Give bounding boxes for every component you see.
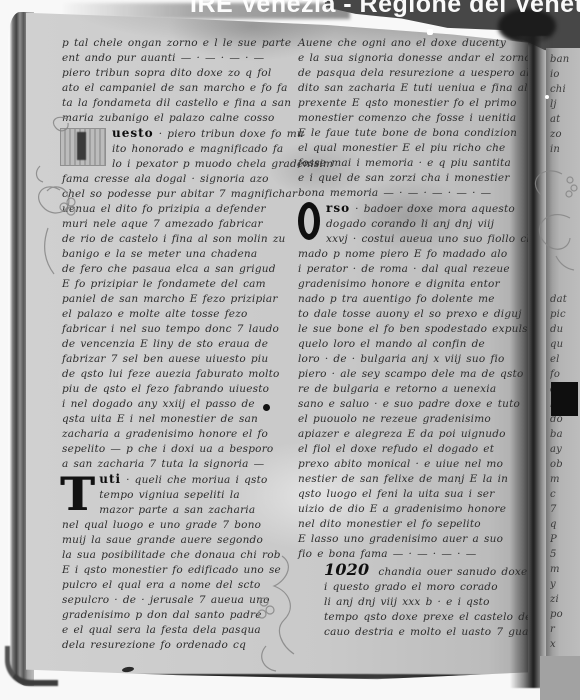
- manuscript-line: p tal chele ongan zorno e l le sue parte: [62, 36, 296, 51]
- manuscript-line: m: [550, 472, 580, 487]
- manuscript-line: nado p tra auentigo fo dolente me: [298, 292, 526, 307]
- manuscript-line: pic: [550, 307, 580, 322]
- manuscript-line: E fo prizipiar le fondamete del cam: [62, 277, 296, 292]
- manuscript-line: qsta uita E i nel monestier de san: [62, 412, 296, 427]
- manuscript-line: m: [550, 562, 580, 577]
- manuscript-line: re de bulgaria e retorno a uenexia: [298, 382, 526, 397]
- manuscript-line: i questo grado el moro corado: [324, 580, 526, 595]
- manuscript-line: nestier de san felixe de manj E la in: [298, 472, 526, 487]
- manuscript-line: ban: [550, 52, 580, 67]
- manuscript-line: fabricar i nel suo tempo donc 7 laudo: [62, 322, 296, 337]
- manuscript-line: paniel de san marcho E fezo prizipiar: [62, 292, 296, 307]
- manuscript-line: e la sua signoria donesse andar el zorno: [298, 51, 526, 66]
- manuscript-line: r: [550, 622, 580, 637]
- manuscript-line: fama cresse ala dogal · signoria azo: [62, 172, 296, 187]
- manuscript-line: de fero che pasaua elca a san grigud: [62, 262, 296, 277]
- manuscript-line: q: [550, 517, 580, 532]
- manuscript-line: zi: [550, 592, 580, 607]
- right-text-column: Auene che ogni ano el doxe ducentye la s…: [298, 36, 526, 640]
- manuscript-line: E lasso uno gradenisimo auer a suo: [298, 532, 526, 547]
- manuscript-line: fo: [550, 367, 580, 382]
- questo-lines: ito honorado e magnificado falo i pexato…: [62, 142, 296, 472]
- dust-speck: [427, 29, 433, 35]
- manuscript-line: piu de qsto el fezo fabrando uiuesto: [62, 382, 296, 397]
- manuscript-line: i nel dogado any xxiij el passo de: [62, 397, 296, 412]
- manuscript-line: fabrizar 7 sel ben auese uiuesto piu: [62, 352, 296, 367]
- manuscript-line: el fiol el doxe refudo el dogado et: [298, 442, 526, 457]
- manuscript-line: piero · ale sey scampo dele ma de qsto: [298, 367, 526, 382]
- manuscript-line: apiazer e alegreza E da poi uignudo: [298, 427, 526, 442]
- manuscript-line: at: [550, 112, 580, 127]
- dust-speck: [545, 95, 549, 99]
- manuscript-line: lo i pexator p muodo chela gradenisim: [62, 157, 296, 172]
- manuscript-line: po: [550, 607, 580, 622]
- facing-page-text-fragments: baniochiljatzoin datpicduquelfoduljdobaa…: [550, 52, 580, 652]
- manuscript-line: 5: [550, 547, 580, 562]
- page-edge-mark: [122, 666, 135, 673]
- manuscript-line: qu: [550, 337, 580, 352]
- manuscript-line: io: [550, 67, 580, 82]
- manuscript-line: ato el campaniel de san marcho e fo fa: [62, 81, 296, 96]
- year-1020-lines: i questo grado el moro coradoli anj dnj …: [324, 580, 526, 640]
- manuscript-line: fosse mai i memoria · e q piu santita: [298, 156, 526, 171]
- pencil-flourish-facing-page: [516, 156, 580, 278]
- manuscript-line: monestier comenzo che fosse i uenitia: [298, 111, 526, 126]
- manuscript-line: prexo abito monical · e uiue nel mo: [298, 457, 526, 472]
- manuscript-line: P: [550, 532, 580, 547]
- manuscript-line: sepelito — p che i doxi ua a besporo: [62, 442, 296, 457]
- manuscript-line: uenua el dito fo prizipia a defender: [62, 202, 296, 217]
- manuscript-line: i perator · de roma · dal qual rezeue: [298, 262, 526, 277]
- facing-page-initial-block: [551, 382, 578, 416]
- manuscript-line: el qual monestier E el piu richo che: [298, 141, 526, 156]
- book-gutter-shadow: [510, 36, 552, 688]
- manuscript-line: nel qual luogo e uno grade 7 bono: [62, 518, 296, 533]
- manuscript-line: Auene che ogni ano el doxe ducenty: [298, 36, 526, 51]
- manuscript-line: muij la saue grande auere segondo: [62, 533, 296, 548]
- manuscript-line: el puouolo ne rezeue gradenisimo: [298, 412, 526, 427]
- manuscript-line: ba: [550, 427, 580, 442]
- watermark-text: IRE Venezia - Regione del Veneto: [190, 0, 580, 19]
- manuscript-line: sano e saluo · e suo padre doxe e tuto: [298, 397, 526, 412]
- margin-bullet: •: [263, 404, 270, 411]
- manuscript-line: zacharia a gradenisimo honore el fo: [62, 427, 296, 442]
- manuscript-line: cauo destria e molto el uasto 7 gua: [324, 625, 526, 640]
- manuscript-line: le sue bone el fo ben spodestado expulso: [298, 322, 526, 337]
- manuscript-line: chel so podesse pur abitar 7 magnifichar: [62, 187, 296, 202]
- line-text: chandia ouer sanudo doxe: [373, 566, 527, 578]
- manuscript-line: quelo loro el mando al confin de: [298, 337, 526, 352]
- textura-word: uti: [99, 472, 121, 486]
- manuscript-line: muri nele aque 7 amezado fabricar: [62, 217, 296, 232]
- manuscript-line: prexente E qsto monestier fo el primo: [298, 96, 526, 111]
- manuscript-line: mazor parte a san zacharia: [62, 503, 296, 518]
- manuscript-line: de qsto lui feze auezia faburato molto: [62, 367, 296, 382]
- manuscript-line: e i quel de san zorzi cha i monestier: [298, 171, 526, 186]
- manuscript-line: qsto luogo el feni la uita sua i ser: [298, 487, 526, 502]
- manuscript-line: du: [550, 322, 580, 337]
- manuscript-line: de rio de castelo i fina al son molin zu: [62, 232, 296, 247]
- manuscript-line: chi: [550, 82, 580, 97]
- left-opening-paragraph: p tal chele ongan zorno e l le sue parte…: [62, 36, 296, 126]
- manuscript-line: de pasqua dela resurezione a uespero al: [298, 66, 526, 81]
- manuscript-line: de vencenzia E liny de sto eraua de: [62, 337, 296, 352]
- manuscript-line: ito honorado e magnificado fa: [62, 142, 296, 157]
- manuscript-line: tempo vigniua sepeliti la: [62, 488, 296, 503]
- manuscript-line: [550, 277, 580, 292]
- right-opening-paragraph: Auene che ogni ano el doxe ducentye la s…: [298, 36, 526, 201]
- line-text: · badoer doxe mora aquesto: [350, 203, 515, 215]
- manuscript-line: bona memoria — · — · — · — · —: [298, 186, 526, 201]
- line-text: · queli che moriua i qsto: [121, 474, 268, 486]
- textura-word: rso: [326, 201, 350, 215]
- manuscript-line: mado p nome piero E fo madado alo: [298, 247, 526, 262]
- manuscript-line: banigo e la se meter una chadena: [62, 247, 296, 262]
- manuscript-line: uizio de dio E a gradenisimo honore: [298, 502, 526, 517]
- manuscript-line: el palazo e molte alte tosse fezo: [62, 307, 296, 322]
- manuscript-line: tempo qsto doxe prexe el castelo de: [324, 610, 526, 625]
- manuscript-line: maria zubanigo el palazo calne cosso: [62, 111, 296, 126]
- manuscript-line: ob: [550, 457, 580, 472]
- manuscript-line: lj: [550, 97, 580, 112]
- manuscript-line: ay: [550, 442, 580, 457]
- pencil-flourish-bottom-center: [250, 550, 300, 678]
- paragraph-questo: uesto · piero tribun doxe fo mu ito hono…: [62, 126, 296, 472]
- manuscript-line: loro · de · bulgaria anj x viij suo fio: [298, 352, 526, 367]
- manuscript-line: ta la fondameta dil castello e fina a sa…: [62, 96, 296, 111]
- manuscript-line: piero tribun sopra dito doxe zo q fol: [62, 66, 296, 81]
- manuscript-line: dat: [550, 292, 580, 307]
- manuscript-line: in: [550, 142, 580, 157]
- paragraph-1020: 1020 chandia ouer sanudo doxe i questo g…: [298, 562, 526, 640]
- manuscript-line: a san zacharia 7 tuta la signoria —: [62, 457, 296, 472]
- manuscript-line: ent ando pur auanti — · — · — · —: [62, 51, 296, 66]
- manuscript-line: gradenisimo honore e dignita entor: [298, 277, 526, 292]
- manuscript-line: xxvj · costui aueua uno suo fiollo chia: [298, 232, 526, 247]
- manuscript-line: to dale tosse auony el so prexo e diguj: [298, 307, 526, 322]
- orso-lines: dogado corando li anj dnj viijxxvj · cos…: [298, 217, 526, 562]
- manuscript-line: E le faue tute bone de bona condizion: [298, 126, 526, 141]
- pencil-flourish-left-margin: [26, 110, 84, 282]
- manuscript-line: y: [550, 577, 580, 592]
- manuscript-photo: p tal chele ongan zorno e l le sue parte…: [0, 0, 580, 700]
- manuscript-line: li anj dnj viij xxx b · e i qsto: [324, 595, 526, 610]
- manuscript-line: zo: [550, 127, 580, 142]
- bottom-right-page-edge: [540, 656, 580, 700]
- manuscript-line: 7: [550, 502, 580, 517]
- textura-word: uesto: [112, 126, 154, 140]
- manuscript-line: x: [550, 637, 580, 652]
- manuscript-line: nel dito monestier el fo sepelito: [298, 517, 526, 532]
- year-1020: 1020: [324, 560, 369, 579]
- manuscript-line: el: [550, 352, 580, 367]
- line-text: · piero tribun doxe fo mu: [154, 128, 304, 140]
- manuscript-line: dogado corando li anj dnj viij: [298, 217, 526, 232]
- manuscript-line: dito san zacharia E tuti ueniua e fina a…: [298, 81, 526, 96]
- manuscript-line: c: [550, 487, 580, 502]
- paragraph-orso: O rso · badoer doxe mora aquesto dogado …: [298, 201, 526, 562]
